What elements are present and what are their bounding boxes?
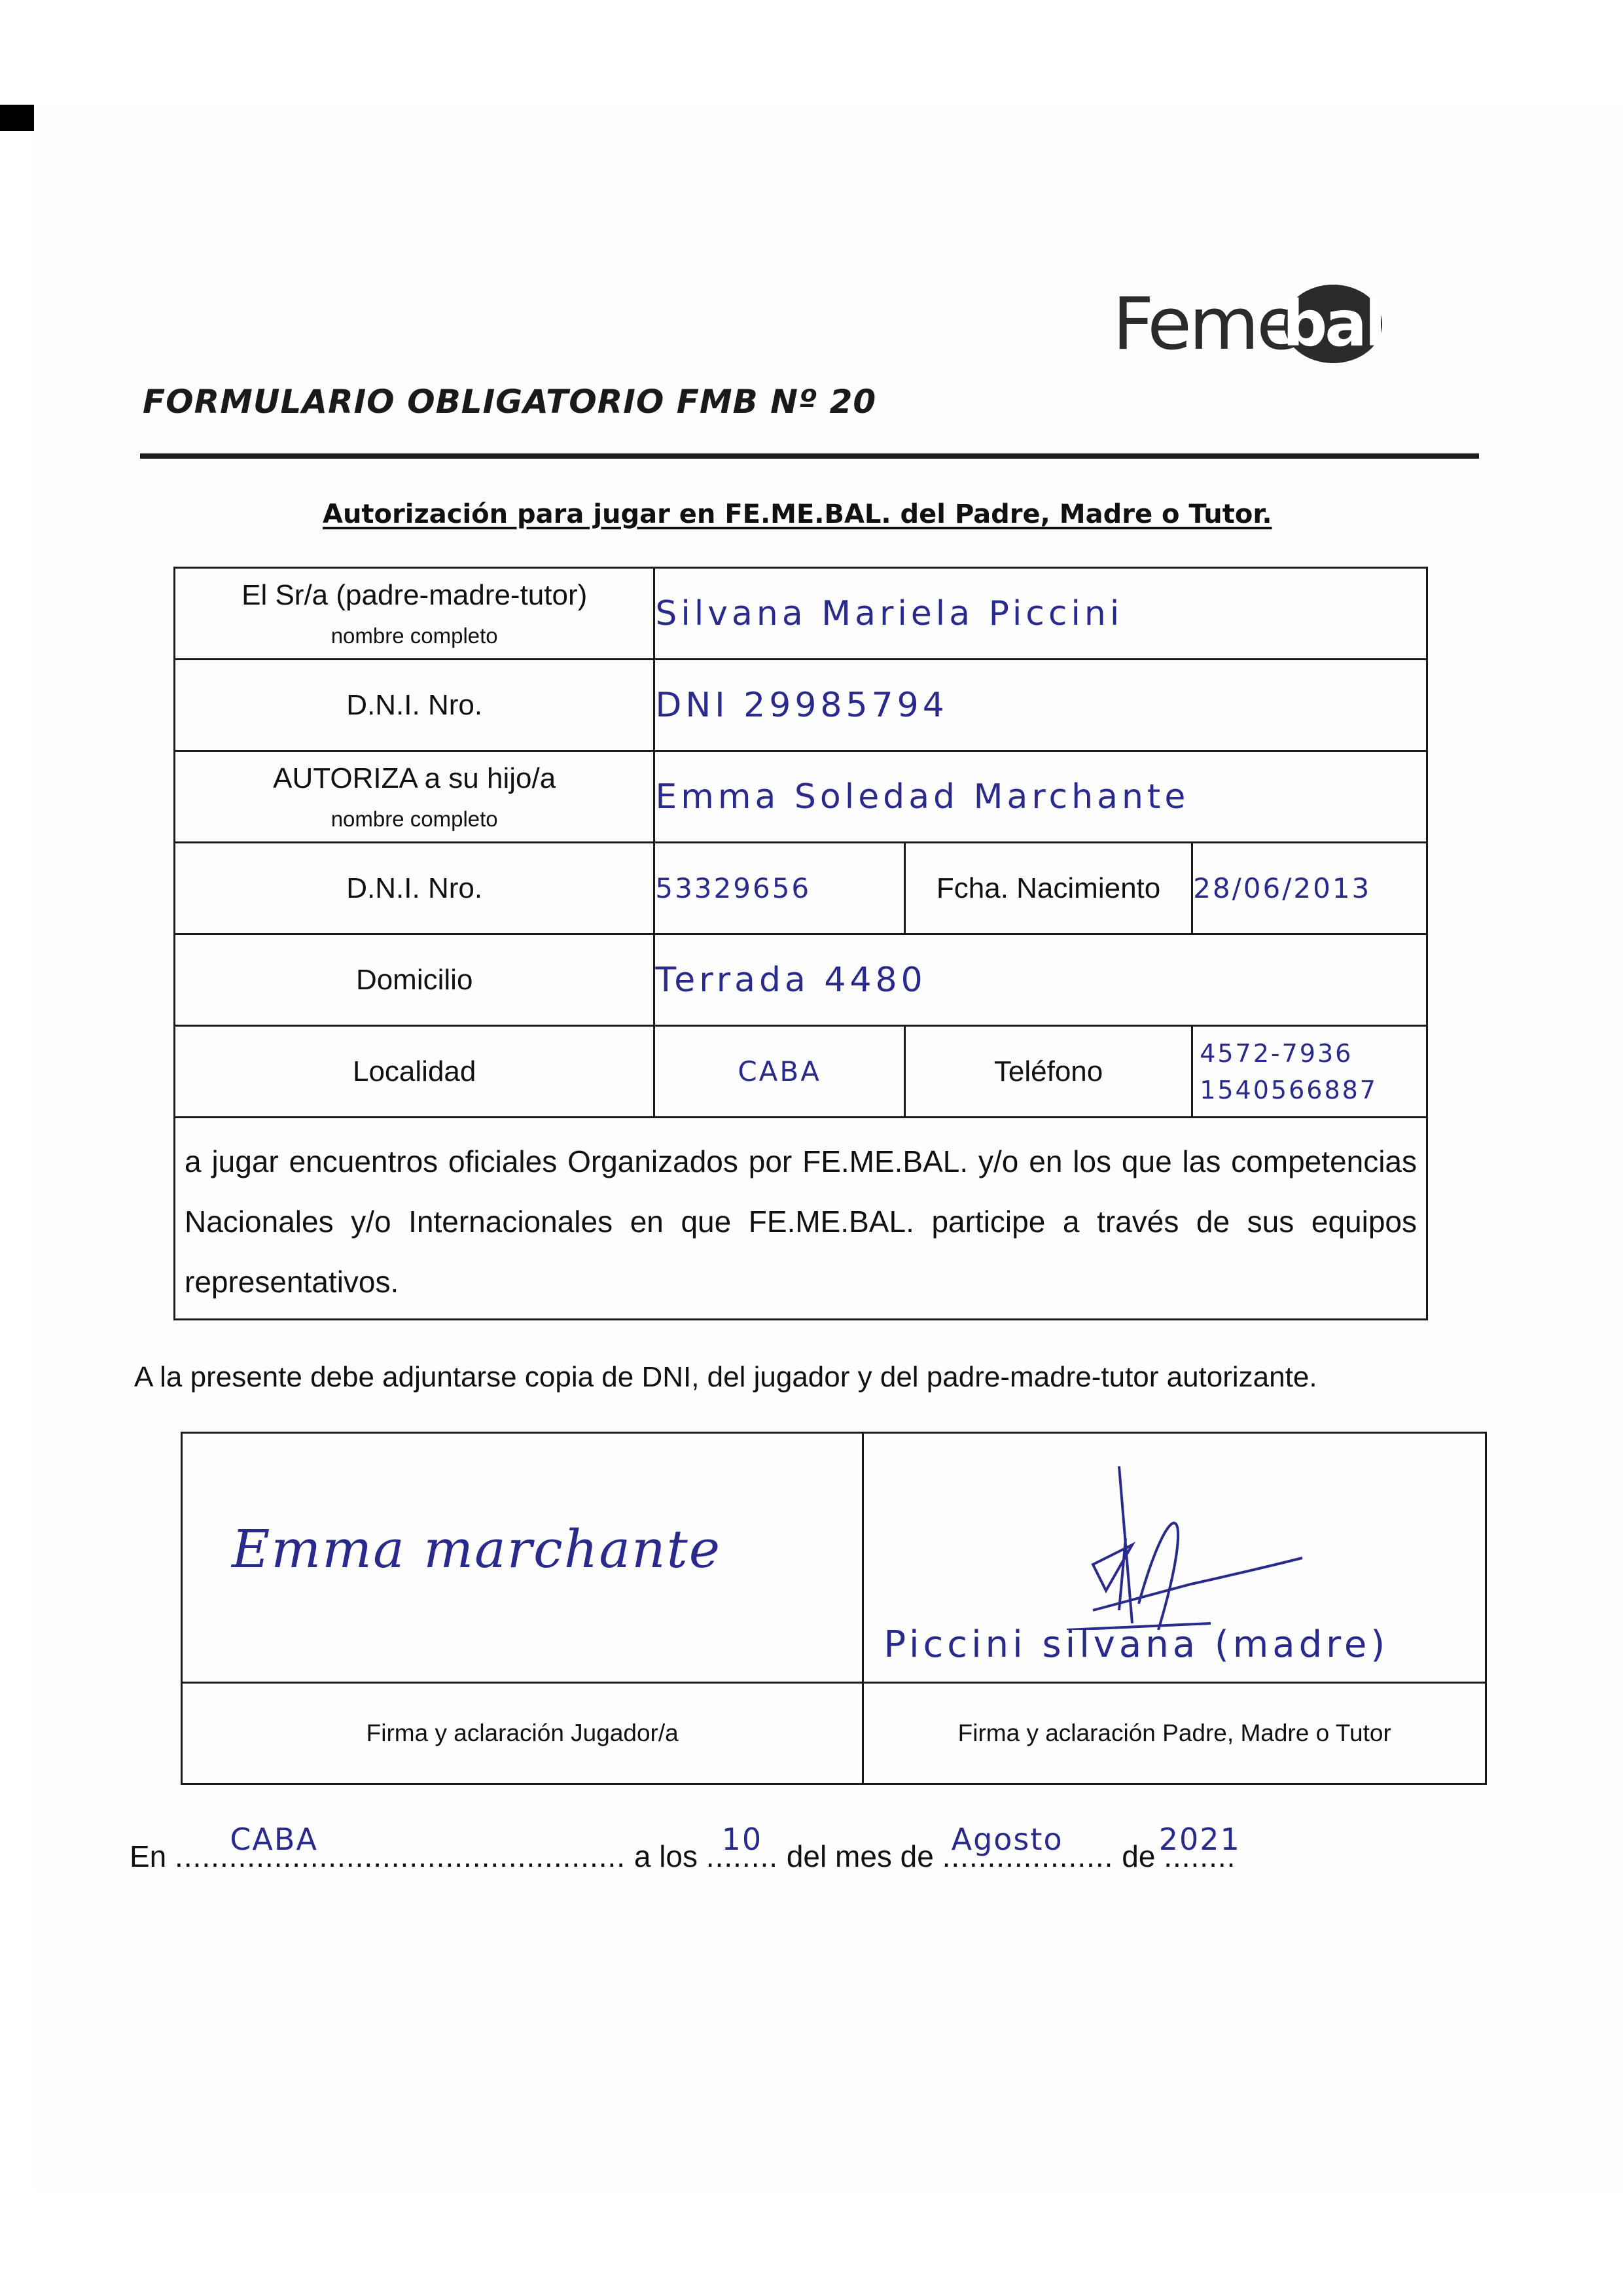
days-label: a los	[634, 1839, 698, 1873]
row-guardian-name: El Sr/a (padre-madre-tutor) nombre compl…	[175, 568, 1427, 660]
player-signature: Emma marchante	[232, 1519, 721, 1580]
phone-value-2: 1540566887	[1200, 1072, 1426, 1108]
year-field[interactable]: ........ 2021	[1164, 1839, 1236, 1874]
parent-signature-box[interactable]: Piccini silvana (madre)	[863, 1433, 1486, 1683]
title-divider	[140, 453, 1479, 459]
guardian-name-sublabel: nombre completo	[175, 624, 653, 648]
guardian-dni-field[interactable]: DNI 29985794	[654, 660, 1427, 751]
signature-scribble-icon	[1027, 1460, 1355, 1630]
child-name-field[interactable]: Emma Soledad Marchante	[654, 751, 1427, 843]
row-address: Domicilio Terrada 4480	[175, 934, 1427, 1026]
year-label: de	[1122, 1839, 1155, 1873]
form-title: FORMULARIO OBLIGATORIO FMB Nº 20	[143, 383, 876, 421]
guardian-name-label-cell: El Sr/a (padre-madre-tutor) nombre compl…	[175, 568, 654, 660]
signature-table: Emma marchante Piccini silvana (madre) F…	[181, 1432, 1487, 1785]
phone-label: Teléfono	[904, 1026, 1192, 1118]
address-label: Domicilio	[175, 934, 654, 1026]
authorization-table: El Sr/a (padre-madre-tutor) nombre compl…	[173, 567, 1428, 1320]
row-locality: Localidad CABA Teléfono 4572-7936 154056…	[175, 1026, 1427, 1118]
scan-bottom-margin	[0, 2189, 1623, 2296]
birth-date-field[interactable]: 28/06/2013	[1192, 843, 1427, 934]
month-field[interactable]: ................... Agosto	[942, 1839, 1114, 1874]
scan-top-margin	[0, 0, 1623, 105]
femebal-logo: Feme bal	[1113, 288, 1382, 360]
row-authorization-text: a jugar encuentros oficiales Organizados…	[175, 1118, 1427, 1320]
form-subtitle: Autorización para jugar en FE.ME.BAL. de…	[323, 499, 1272, 529]
phone-field[interactable]: 4572-7936 1540566887	[1192, 1026, 1427, 1118]
address-field[interactable]: Terrada 4480	[654, 934, 1427, 1026]
scan-shadow	[0, 105, 34, 131]
place-value: CABA	[230, 1822, 318, 1857]
authorization-text: a jugar encuentros oficiales Organizados…	[175, 1118, 1427, 1320]
child-name-label: AUTORIZA a su hijo/a	[273, 762, 556, 794]
guardian-name-field[interactable]: Silvana Mariela Piccini	[654, 568, 1427, 660]
attachment-note: A la presente debe adjuntarse copia de D…	[134, 1361, 1317, 1394]
guardian-dni-label: D.N.I. Nro.	[175, 660, 654, 751]
locality-field[interactable]: CABA	[654, 1026, 905, 1118]
child-name-sublabel: nombre completo	[175, 807, 653, 832]
logo-badge: bal	[1284, 285, 1382, 363]
player-signature-caption: Firma y aclaración Jugador/a	[182, 1683, 863, 1784]
parent-signature-caption: Firma y aclaración Padre, Madre o Tutor	[863, 1683, 1486, 1784]
child-name-label-cell: AUTORIZA a su hijo/a nombre completo	[175, 751, 654, 843]
child-dni-label: D.N.I. Nro.	[175, 843, 654, 934]
place-field[interactable]: ........................................…	[175, 1839, 626, 1874]
logo-wordmark: Feme	[1113, 288, 1298, 360]
child-dni-field[interactable]: 53329656	[654, 843, 905, 934]
row-child-name: AUTORIZA a su hijo/a nombre completo Emm…	[175, 751, 1427, 843]
row-child-dni: D.N.I. Nro. 53329656 Fcha. Nacimiento 28…	[175, 843, 1427, 934]
day-value: 10	[722, 1822, 763, 1857]
row-guardian-dni: D.N.I. Nro. DNI 29985794	[175, 660, 1427, 751]
month-value: Agosto	[952, 1822, 1063, 1857]
locality-label: Localidad	[175, 1026, 654, 1118]
birth-date-label: Fcha. Nacimiento	[904, 843, 1192, 934]
player-signature-box[interactable]: Emma marchante	[182, 1433, 863, 1683]
guardian-name-label: El Sr/a (padre-madre-tutor)	[241, 579, 587, 611]
date-line: En .....................................…	[130, 1839, 1236, 1874]
phone-value-1: 4572-7936	[1200, 1035, 1426, 1072]
month-label: del mes de	[787, 1839, 934, 1873]
year-value: 2021	[1159, 1822, 1241, 1857]
day-field[interactable]: ........ 10	[706, 1839, 778, 1874]
parent-signature: Piccini silvana (madre)	[883, 1623, 1389, 1666]
date-prefix: En	[130, 1839, 166, 1873]
